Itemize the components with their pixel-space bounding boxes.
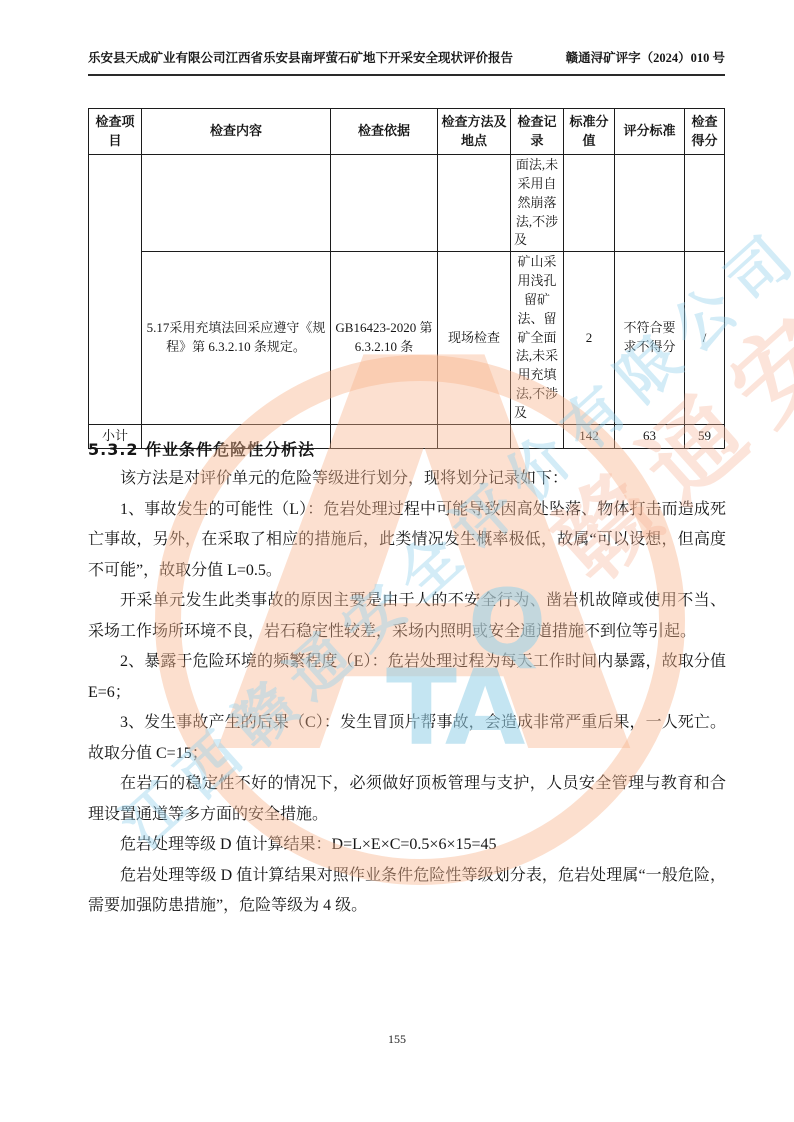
cell-basis-517: GB16423-2020 第 6.3.2.10 条 — [331, 252, 438, 425]
page-header: 乐安县天成矿业有限公司江西省乐安县南坪萤石矿地下开采安全现状评价报告 赣通浔矿评… — [88, 50, 725, 76]
doc-number: 赣通浔矿评字（2024）010 号 — [566, 50, 725, 66]
cell-standard-517: 2 — [564, 252, 615, 425]
section-heading: 5.3.2 作业条件危险性分析法 — [88, 437, 725, 460]
paragraph-accident-cause: 开采单元发生此类事故的原因主要是由于人的不安全行为、凿岩机故障或使用不当、采场工… — [88, 586, 726, 647]
col-header-item: 检查项目 — [89, 109, 142, 155]
cell-criteria-517: 不符合要求不得分 — [615, 252, 685, 425]
cell-content-empty — [142, 155, 331, 252]
cell-standard-empty — [564, 155, 615, 252]
table-header-row: 检查项目 检查内容 检查依据 检查方法及地点 检查记录 标准分值 评分标准 检查… — [89, 109, 725, 155]
cell-content-517: 5.17采用充填法回采应遵守《规程》第 6.3.2.10 条规定。 — [142, 252, 331, 425]
cell-record-continued: 面法,未采用自然崩落法,不涉及 — [511, 155, 564, 252]
table-row-continued: 面法,未采用自然崩落法,不涉及 — [89, 155, 725, 252]
paragraph-exposure-e: 2、暴露于危险环境的频繁程度（E）：危岩处理过程为每天工作时间内暴露，故取分值 … — [88, 647, 726, 708]
cell-basis-empty — [331, 155, 438, 252]
paragraph-d-calculation: 危岩处理等级 D 值计算结果：D=L×E×C=0.5×6×15=45 — [88, 830, 726, 861]
col-header-score: 检查得分 — [685, 109, 725, 155]
table-row-517: 5.17采用充填法回采应遵守《规程》第 6.3.2.10 条规定。 GB1642… — [89, 252, 725, 425]
col-header-record: 检查记录 — [511, 109, 564, 155]
cell-record-517: 矿山采用浅孔留矿法、留矿全面法,未采用充填法,不涉及 — [511, 252, 564, 425]
col-header-content: 检查内容 — [142, 109, 331, 155]
paragraph-d-conclusion: 危岩处理等级 D 值计算结果对照作业条件危险性等级划分表，危岩处理属“一般危险，… — [88, 861, 726, 922]
inspection-table: 检查项目 检查内容 检查依据 检查方法及地点 检查记录 标准分值 评分标准 检查… — [88, 108, 725, 449]
col-header-standard: 标准分值 — [564, 109, 615, 155]
cell-item-merged — [89, 155, 142, 425]
report-title: 乐安县天成矿业有限公司江西省乐安县南坪萤石矿地下开采安全现状评价报告 — [88, 50, 513, 66]
page-number: 155 — [0, 1032, 794, 1047]
paragraph-safety-measures: 在岩石的稳定性不好的情况下，必须做好顶板管理与支护，人员安全管理与教育和合理设置… — [88, 769, 726, 830]
paragraph-consequence-c: 3、发生事故产生的后果（C）：发生冒顶片帮事故，会造成非常严重后果，一人死亡。故… — [88, 708, 726, 769]
section-body: 该方法是对评价单元的危险等级进行划分，现将划分记录如下： 1、事故发生的可能性（… — [88, 464, 726, 922]
paragraph-method-intro: 该方法是对评价单元的危险等级进行划分，现将划分记录如下： — [88, 464, 726, 495]
col-header-criteria: 评分标准 — [615, 109, 685, 155]
document-page: 乐安县天成矿业有限公司江西省乐安县南坪萤石矿地下开采安全现状评价报告 赣通浔矿评… — [0, 0, 794, 1122]
cell-method-517: 现场检查 — [438, 252, 511, 425]
col-header-method: 检查方法及地点 — [438, 109, 511, 155]
cell-score-517: / — [685, 252, 725, 425]
col-header-basis: 检查依据 — [331, 109, 438, 155]
cell-score-empty — [685, 155, 725, 252]
paragraph-likelihood-l: 1、事故发生的可能性（L）：危岩处理过程中可能导致因高处坠落、物体打击而造成死亡… — [88, 495, 726, 587]
cell-method-empty — [438, 155, 511, 252]
cell-criteria-empty — [615, 155, 685, 252]
